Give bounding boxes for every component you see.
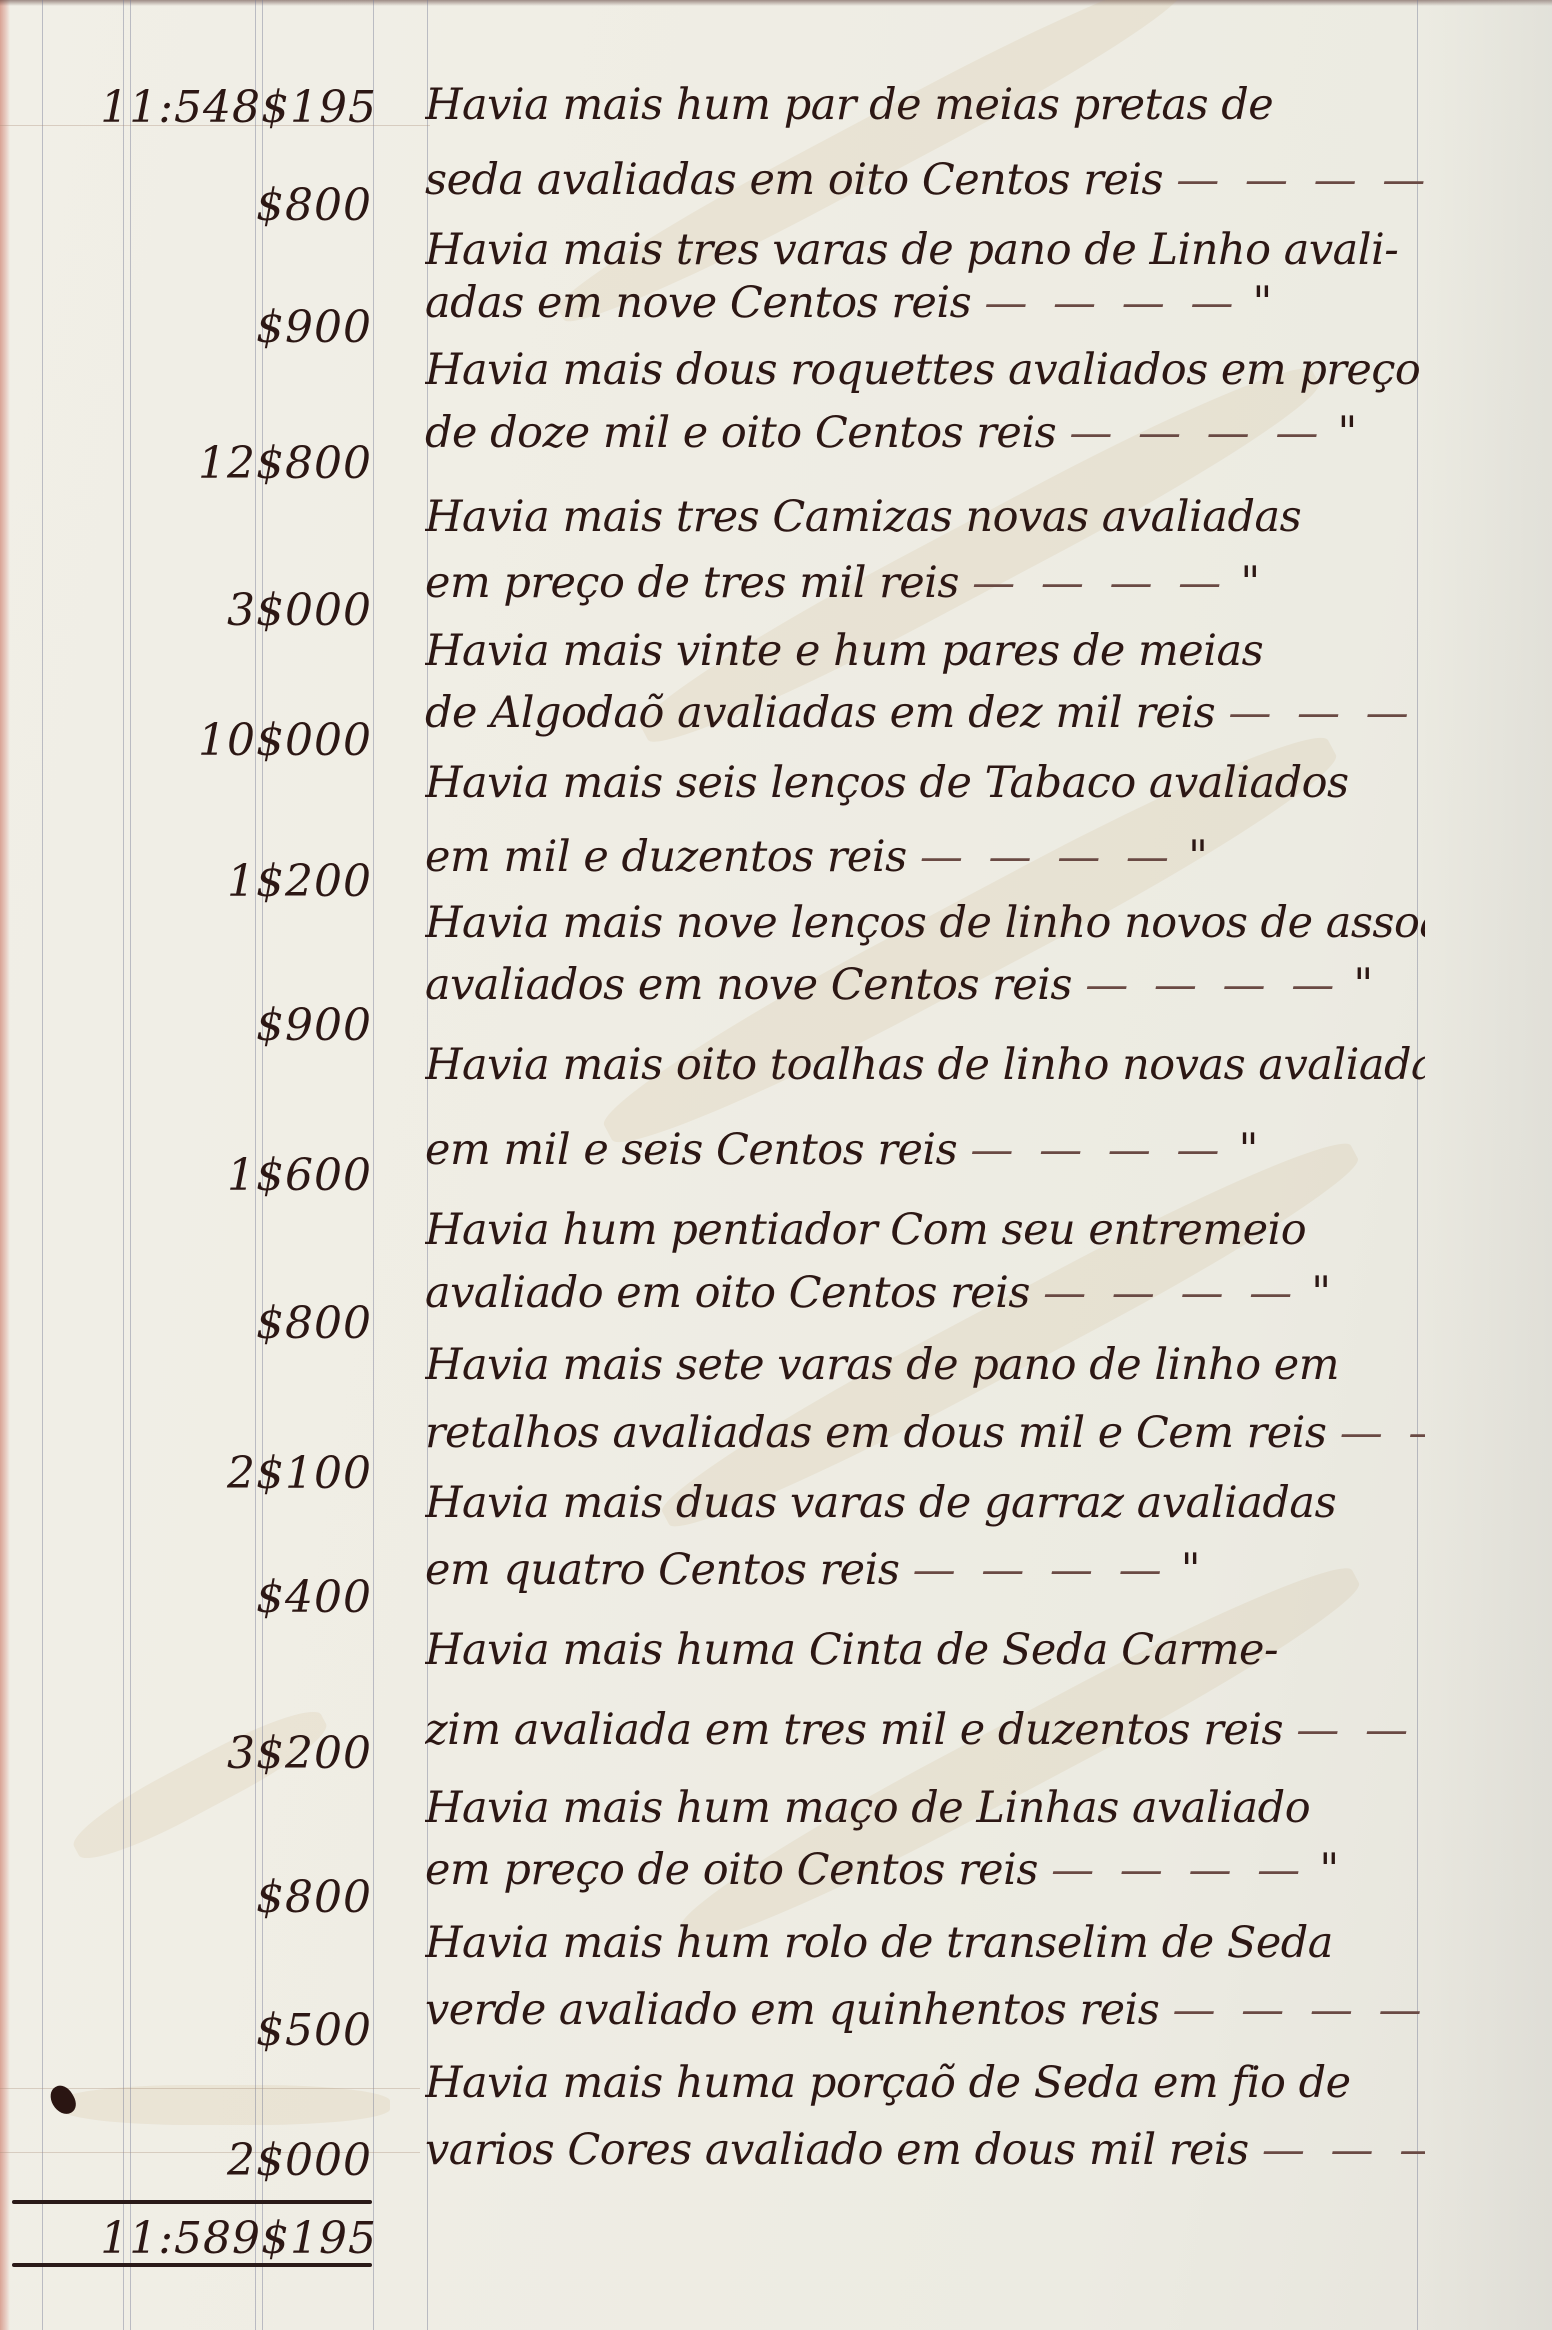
entry-line: em mil e duzentos reis — — — — "	[425, 832, 1425, 882]
entry-amount: $400	[256, 1572, 372, 1623]
carried-forward-amount: 11:548$195	[100, 82, 377, 133]
entry-line: avaliados em nove Centos reis — — — — "	[425, 960, 1425, 1010]
entry-line: em preço de tres mil reis — — — — "	[425, 558, 1425, 608]
entry-line: Havia mais oito toalhas de linho novas a…	[425, 1040, 1425, 1090]
ruling-line	[42, 0, 43, 2330]
entry-line: de doze mil e oito Centos reis — — — — "	[425, 408, 1425, 458]
entry-line: Havia mais nove lenços de linho novos de…	[425, 898, 1425, 948]
entry-amount: 3$200	[227, 1728, 372, 1779]
ruling-line	[123, 0, 124, 2330]
entry-line: Havia mais huma Cinta de Seda Carme-	[425, 1625, 1425, 1675]
entry-line: retalhos avaliadas em dous mil e Cem rei…	[425, 1408, 1425, 1458]
manuscript-page: 11:548$195 Havia mais hum par de meias p…	[0, 0, 1552, 2330]
right-margin	[1420, 0, 1552, 2330]
entry-line: Havia mais dous roquettes avaliados em p…	[425, 345, 1425, 395]
entry-line: Havia mais hum maço de Linhas avaliado	[425, 1783, 1425, 1833]
entry-line: em quatro Centos reis — — — — "	[425, 1545, 1425, 1595]
bleed-stain	[60, 2085, 390, 2125]
entry-amount: $900	[256, 1000, 372, 1051]
entry-line: Havia mais duas varas de garraz avaliada…	[425, 1478, 1425, 1528]
entry-line: Havia hum pentiador Com seu entremeio	[425, 1205, 1425, 1255]
entry-amount: $800	[256, 1298, 372, 1349]
ruling-line	[373, 0, 374, 2330]
entry-amount: $500	[256, 2005, 372, 2056]
entry-amount: 2$000	[227, 2135, 372, 2186]
entry-amount: 10$000	[198, 715, 372, 766]
entry-amount: $800	[256, 180, 372, 231]
entry-line: avaliado em oito Centos reis — — — — "	[425, 1268, 1425, 1318]
total-rule-top	[12, 2200, 372, 2204]
entry-line: Havia mais sete varas de pano de linho e…	[425, 1340, 1425, 1390]
entry-line: Havia mais huma porçaõ de Seda em fio de	[425, 2058, 1425, 2108]
ruling-line	[130, 0, 131, 2330]
entry-line: em mil e seis Centos reis — — — — "	[425, 1125, 1425, 1175]
entry-amount: $900	[256, 302, 372, 353]
entry-line: Havia mais vinte e hum pares de meias	[425, 626, 1425, 676]
total-amount: 11:589$195	[100, 2213, 377, 2264]
entry-amount: 1$200	[227, 856, 372, 907]
entry-amount: 3$000	[227, 585, 372, 636]
entry-line: Havia mais seis lenços de Tabaco avaliad…	[425, 758, 1425, 808]
entry-line: Havia mais hum par de meias pretas de	[425, 80, 1425, 130]
entry-amount: 1$600	[227, 1150, 372, 1201]
entry-line: Havia mais tres varas de pano de Linho a…	[425, 225, 1425, 275]
entry-amount: 12$800	[198, 438, 372, 489]
binding-edge	[0, 0, 10, 2330]
entry-line: Havia mais tres Camizas novas avaliadas	[425, 492, 1425, 542]
total-rule-bottom	[12, 2263, 372, 2267]
entry-line: verde avaliado em quinhentos reis — — — …	[425, 1985, 1425, 2035]
entry-line: adas em nove Centos reis — — — — "	[425, 278, 1425, 328]
entry-line: seda avaliadas em oito Centos reis — — —…	[425, 155, 1425, 205]
bleed-stain	[668, 1546, 1372, 1965]
entry-amount: $800	[256, 1872, 372, 1923]
entry-amount: 2$100	[227, 1448, 372, 1499]
entry-line: de Algodaõ avaliadas em dez mil reis — —…	[425, 688, 1425, 738]
entry-line: zim avaliada em tres mil e duzentos reis…	[425, 1705, 1425, 1755]
bleed-stain	[65, 1697, 336, 1873]
entry-line: varios Cores avaliado em dous mil reis —…	[425, 2125, 1425, 2175]
entry-line: Havia mais hum rolo de transelim de Seda	[425, 1918, 1425, 1968]
entry-line: em preço de oito Centos reis — — — — "	[425, 1845, 1425, 1895]
page-top-shadow	[0, 0, 1552, 6]
